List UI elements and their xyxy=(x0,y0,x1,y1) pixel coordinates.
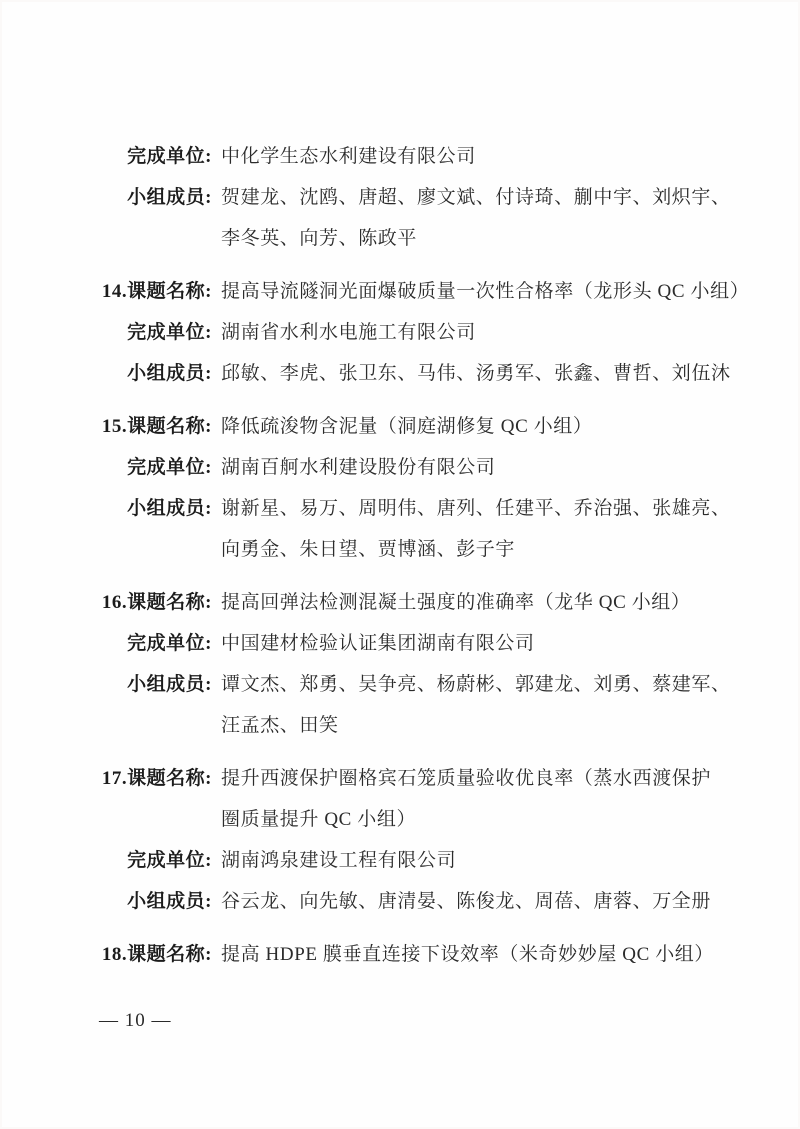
field-value: 湖南鸿泉建设工程有限公司 xyxy=(221,840,456,881)
entry-unit-line: 完成单位: 中化学生态水利建设有限公司 xyxy=(0,136,800,177)
field-value: 中国建材检验认证集团湖南有限公司 xyxy=(221,623,535,664)
field-label: 小组成员: xyxy=(0,488,212,529)
field-label xyxy=(0,529,212,570)
entry-unit-line: 完成单位: 中国建材检验认证集团湖南有限公司 xyxy=(0,623,800,664)
entry-title-line: 16.课题名称: 提高回弹法检测混凝土强度的准确率（龙华 QC 小组） xyxy=(0,582,800,623)
field-value: 中化学生态水利建设有限公司 xyxy=(221,136,476,177)
field-label: 完成单位: xyxy=(0,447,212,488)
field-value: 湖南百舸水利建设股份有限公司 xyxy=(221,447,495,488)
entry-title-line: 15.课题名称: 降低疏浚物含泥量（洞庭湖修复 QC 小组） xyxy=(0,406,800,447)
page-number: — 10 — xyxy=(99,1000,172,1041)
entry-members-line: 小组成员: 谷云龙、向先敏、唐清晏、陈俊龙、周蓓、唐蓉、万全册 xyxy=(0,881,800,922)
field-value: 向勇金、朱日望、贾博涵、彭子宇 xyxy=(221,529,515,570)
field-value: 湖南省水利水电施工有限公司 xyxy=(221,312,476,353)
field-value: 李冬英、向芳、陈政平 xyxy=(221,218,417,259)
entry-unit-line: 完成单位: 湖南省水利水电施工有限公司 xyxy=(0,312,800,353)
field-value: 谭文杰、郑勇、吴争亮、杨蔚彬、郭建龙、刘勇、蔡建军、 xyxy=(221,664,731,705)
field-value: 提高回弹法检测混凝土强度的准确率（龙华 QC 小组） xyxy=(221,582,691,623)
field-label: 17.课题名称: xyxy=(0,758,212,799)
entries-list: 完成单位: 中化学生态水利建设有限公司 小组成员: 贺建龙、沈鸥、唐超、廖文斌、… xyxy=(0,136,800,975)
field-label: 完成单位: xyxy=(0,623,212,664)
field-label: 小组成员: xyxy=(0,881,212,922)
field-value: 圈质量提升 QC 小组） xyxy=(221,799,416,840)
field-label: 小组成员: xyxy=(0,353,212,394)
entry-unit-line: 完成单位: 湖南鸿泉建设工程有限公司 xyxy=(0,840,800,881)
entry-title-line: 14.课题名称: 提高导流隧洞光面爆破质量一次性合格率（龙形头 QC 小组） xyxy=(0,271,800,312)
field-label: 14.课题名称: xyxy=(0,271,212,312)
field-value: 谢新星、易万、周明伟、唐列、任建平、乔治强、张雄亮、 xyxy=(221,488,731,529)
field-value: 降低疏浚物含泥量（洞庭湖修复 QC 小组） xyxy=(221,406,593,447)
field-value: 贺建龙、沈鸥、唐超、廖文斌、付诗琦、蒯中宇、刘炽宇、 xyxy=(221,177,731,218)
field-label: 15.课题名称: xyxy=(0,406,212,447)
field-value: 提升西渡保护圈格宾石笼质量验收优良率（蒸水西渡保护 xyxy=(221,758,711,799)
field-label xyxy=(0,799,212,840)
field-label: 16.课题名称: xyxy=(0,582,212,623)
entry-title-line: 18.课题名称: 提高 HDPE 膜垂直连接下设效率（米奇妙妙屋 QC 小组） xyxy=(0,934,800,975)
entry-members-line: 小组成员: 贺建龙、沈鸥、唐超、廖文斌、付诗琦、蒯中宇、刘炽宇、 xyxy=(0,177,800,218)
entry-members-line: 小组成员: 谭文杰、郑勇、吴争亮、杨蔚彬、郭建龙、刘勇、蔡建军、 xyxy=(0,664,800,705)
field-value: 邱敏、李虎、张卫东、马伟、汤勇军、张鑫、曹哲、刘伍沐 xyxy=(221,353,731,394)
field-value: 提高导流隧洞光面爆破质量一次性合格率（龙形头 QC 小组） xyxy=(221,271,749,312)
entry-title-line: 17.课题名称: 提升西渡保护圈格宾石笼质量验收优良率（蒸水西渡保护 xyxy=(0,758,800,799)
entry-title-line: 圈质量提升 QC 小组） xyxy=(0,799,800,840)
field-label: 小组成员: xyxy=(0,177,212,218)
field-label: 完成单位: xyxy=(0,312,212,353)
field-label: 18.课题名称: xyxy=(0,934,212,975)
field-value: 汪孟杰、田笑 xyxy=(221,705,339,746)
entry-members-line: 汪孟杰、田笑 xyxy=(0,705,800,746)
field-label xyxy=(0,705,212,746)
document-page: 完成单位: 中化学生态水利建设有限公司 小组成员: 贺建龙、沈鸥、唐超、廖文斌、… xyxy=(0,0,800,1129)
field-label: 完成单位: xyxy=(0,136,212,177)
field-value: 谷云龙、向先敏、唐清晏、陈俊龙、周蓓、唐蓉、万全册 xyxy=(221,881,711,922)
entry-members-line: 向勇金、朱日望、贾博涵、彭子宇 xyxy=(0,529,800,570)
field-label xyxy=(0,218,212,259)
field-value: 提高 HDPE 膜垂直连接下设效率（米奇妙妙屋 QC 小组） xyxy=(221,934,714,975)
entry-members-line: 李冬英、向芳、陈政平 xyxy=(0,218,800,259)
entry-members-line: 小组成员: 邱敏、李虎、张卫东、马伟、汤勇军、张鑫、曹哲、刘伍沐 xyxy=(0,353,800,394)
entry-unit-line: 完成单位: 湖南百舸水利建设股份有限公司 xyxy=(0,447,800,488)
entry-members-line: 小组成员: 谢新星、易万、周明伟、唐列、任建平、乔治强、张雄亮、 xyxy=(0,488,800,529)
field-label: 完成单位: xyxy=(0,840,212,881)
field-label: 小组成员: xyxy=(0,664,212,705)
